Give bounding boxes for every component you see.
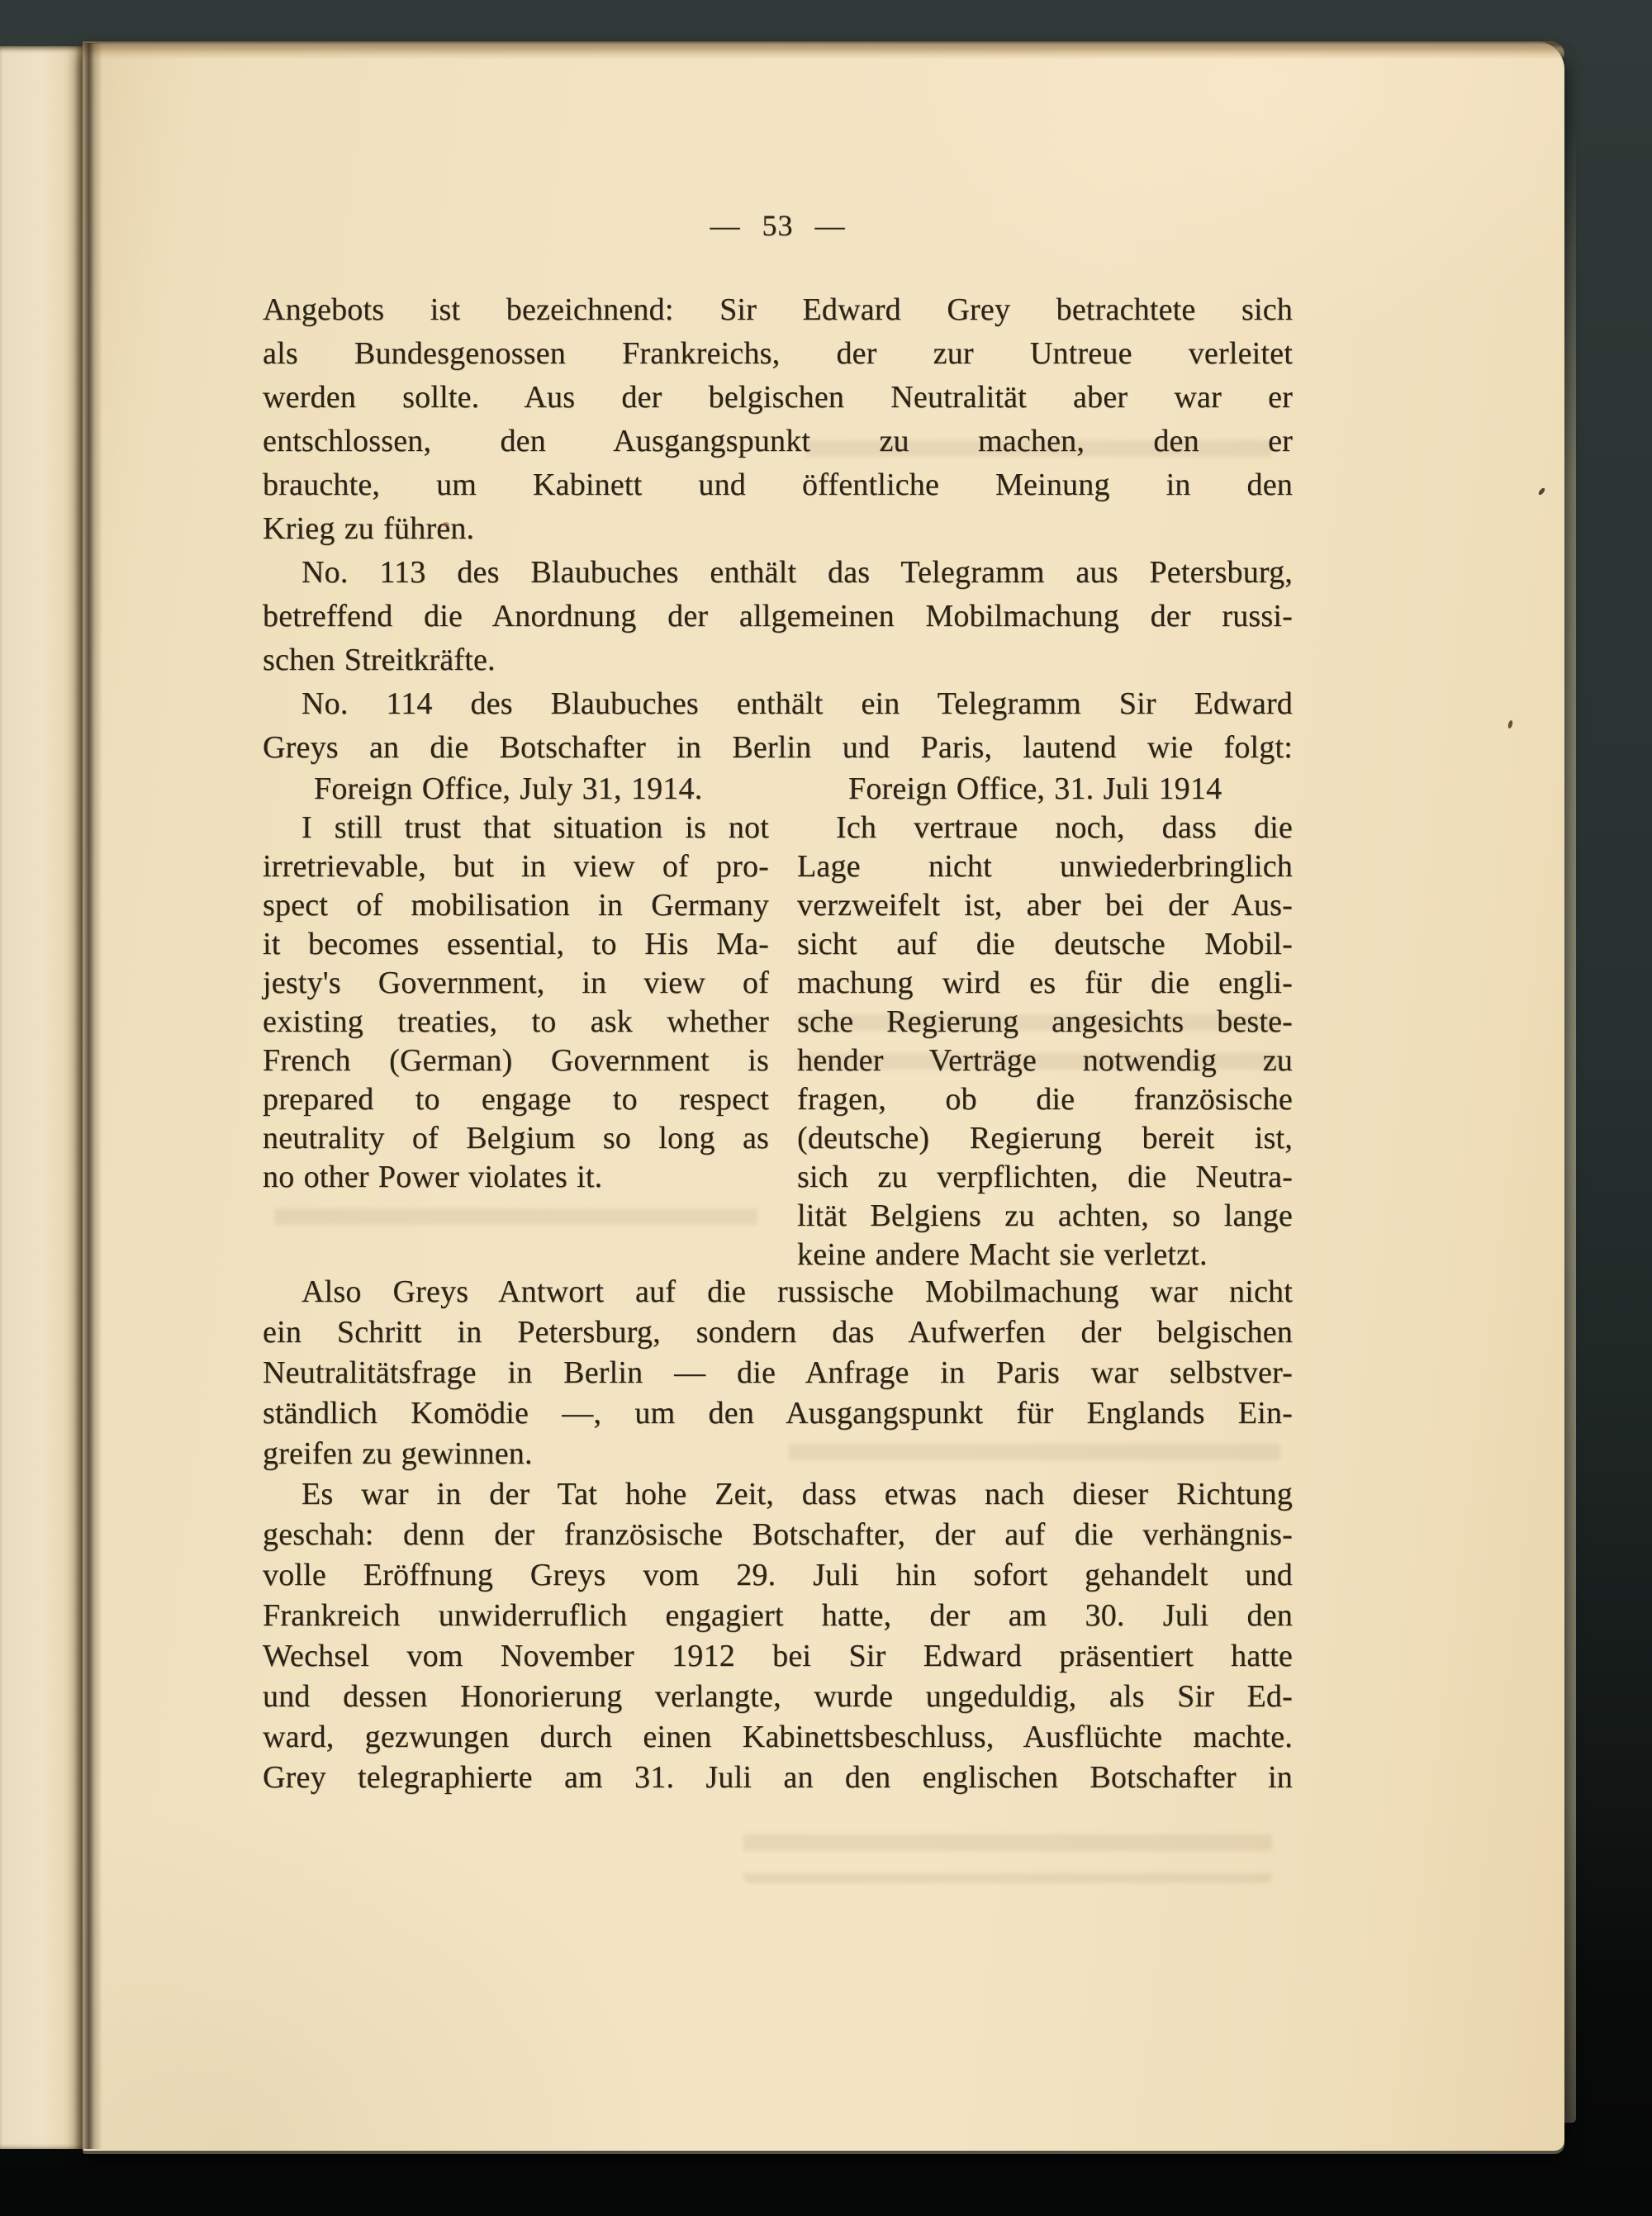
text-line: existing treaties, to ask whether [263,1003,769,1042]
text-line: Wechsel vom November 1912 bei Sir Edward… [263,1636,1293,1677]
text-line: sche Regierung angesichts beste- [797,1003,1293,1042]
text-line: verzweifelt ist, aber bei der Aus- [797,886,1293,925]
binding-crease-shadow [74,43,102,2149]
text-line: jesty's Government, in view of [263,964,769,1003]
text-line: betreffend die Anordnung der allgemeinen… [263,595,1293,638]
text-line: ward, gezwungen durch einen Kabinettsbes… [263,1717,1293,1758]
text-line: Frankreich unwiderruflich engagiert hatt… [263,1596,1293,1636]
text-line: Foreign Office, July 31, 1914. [263,770,769,809]
text-line: Grey telegraphierte am 31. Juli an den e… [263,1758,1293,1798]
text-line: spect of mobilisation in Germany [263,886,769,925]
text-line: greifen zu gewinnen. [263,1434,1293,1474]
text-line: Foreign Office, 31. Juli 1914 [797,770,1293,809]
text-line: it becomes essential, to His Ma- [263,925,769,964]
text-line: hender Verträge notwendig zu [797,1042,1293,1080]
paragraph-reply: Also Greys Antwort auf die russische Mob… [263,1272,1293,1474]
text-line: Neutralitätsfrage in Berlin — die Anfrag… [263,1353,1293,1393]
text-line: ein Schritt in Petersburg, sondern das A… [263,1312,1293,1353]
print-showthrough [743,1824,1272,1883]
text-block-upper: Angebots ist bezeichnend: Sir Edward Gre… [263,288,1293,770]
text-line: Greys an die Botschafter in Berlin und P… [263,726,1293,770]
text-line: No. 113 des Blaubuches enthält das Teleg… [263,551,1293,595]
text-line: Krieg zu führen. [263,507,1293,551]
text-line: ständlich Komödie —, um den Ausgangspunk… [263,1393,1293,1434]
text-line: machung wird es für die engli- [797,964,1293,1003]
text-line: sich zu verpflichten, die Neutra- [797,1158,1293,1197]
text-line: keine andere Macht sie verletzt. [797,1236,1293,1274]
paragraph-no114: No. 114 des Blaubuches enthält ein Teleg… [263,682,1293,770]
text-line: Lage nicht unwiederbringlich [797,847,1293,886]
text-line: entschlossen, den Ausgangspunkt zu mache… [263,420,1293,463]
text-line: brauchte, um Kabinett und öffentliche Me… [263,463,1293,507]
text-line: als Bundesgenossen Frankreichs, der zur … [263,332,1293,376]
text-line: und dessen Honorierung verlangte, wurde … [263,1677,1293,1717]
page-number: — 53 — [263,208,1293,243]
text-line: schen Streitkräfte. [263,638,1293,682]
text-line: French (German) Government is [263,1042,769,1080]
text-line: werden sollte. Aus der belgischen Neutra… [263,376,1293,420]
text-line: sicht auf die deutsche Mobil- [797,925,1293,964]
scanned-book-photo: { "page": { "number": "53", "number_disp… [0,0,1652,2216]
text-line: No. 114 des Blaubuches enthält ein Teleg… [263,682,1293,726]
text-line: Angebots ist bezeichnend: Sir Edward Gre… [263,288,1293,332]
text-line: geschah: denn der französische Botschaft… [263,1515,1293,1555]
text-line: Also Greys Antwort auf die russische Mob… [263,1272,1293,1312]
text-line: Ich vertraue noch, dass die [797,809,1293,847]
text-block-lower: Also Greys Antwort auf die russische Mob… [263,1272,1293,1798]
paper-speck [443,522,449,527]
text-line: neutrality of Belgium so long as [263,1119,769,1158]
text-line: prepared to engage to respect [263,1080,769,1119]
paragraph-closing: Es war in der Tat hohe Zeit, dass etwas … [263,1474,1293,1798]
paragraph-no113: No. 113 des Blaubuches enthält das Teleg… [263,551,1293,682]
text-line: fragen, ob die französische [797,1080,1293,1119]
text-line: (deutsche) Regierung bereit ist, [797,1119,1293,1158]
text-line: I still trust that situation is not [263,809,769,847]
text-line: lität Belgiens zu achten, so lange [797,1197,1293,1236]
text-line: irretrievable, but in view of pro- [263,847,769,886]
telegram-german-column: Foreign Office, 31. Juli 1914Ich vertrau… [797,770,1293,1274]
telegram-english-column: Foreign Office, July 31, 1914.I still tr… [263,770,769,1274]
telegram-columns: Foreign Office, July 31, 1914.I still tr… [263,770,1293,1274]
text-line: no other Power violates it. [263,1158,769,1197]
previous-page-edge [0,46,86,2149]
text-line: Es war in der Tat hohe Zeit, dass etwas … [263,1474,1293,1515]
paragraph-opening: Angebots ist bezeichnend: Sir Edward Gre… [263,288,1293,551]
text-line: volle Eröffnung Greys vom 29. Juli hin s… [263,1555,1293,1596]
